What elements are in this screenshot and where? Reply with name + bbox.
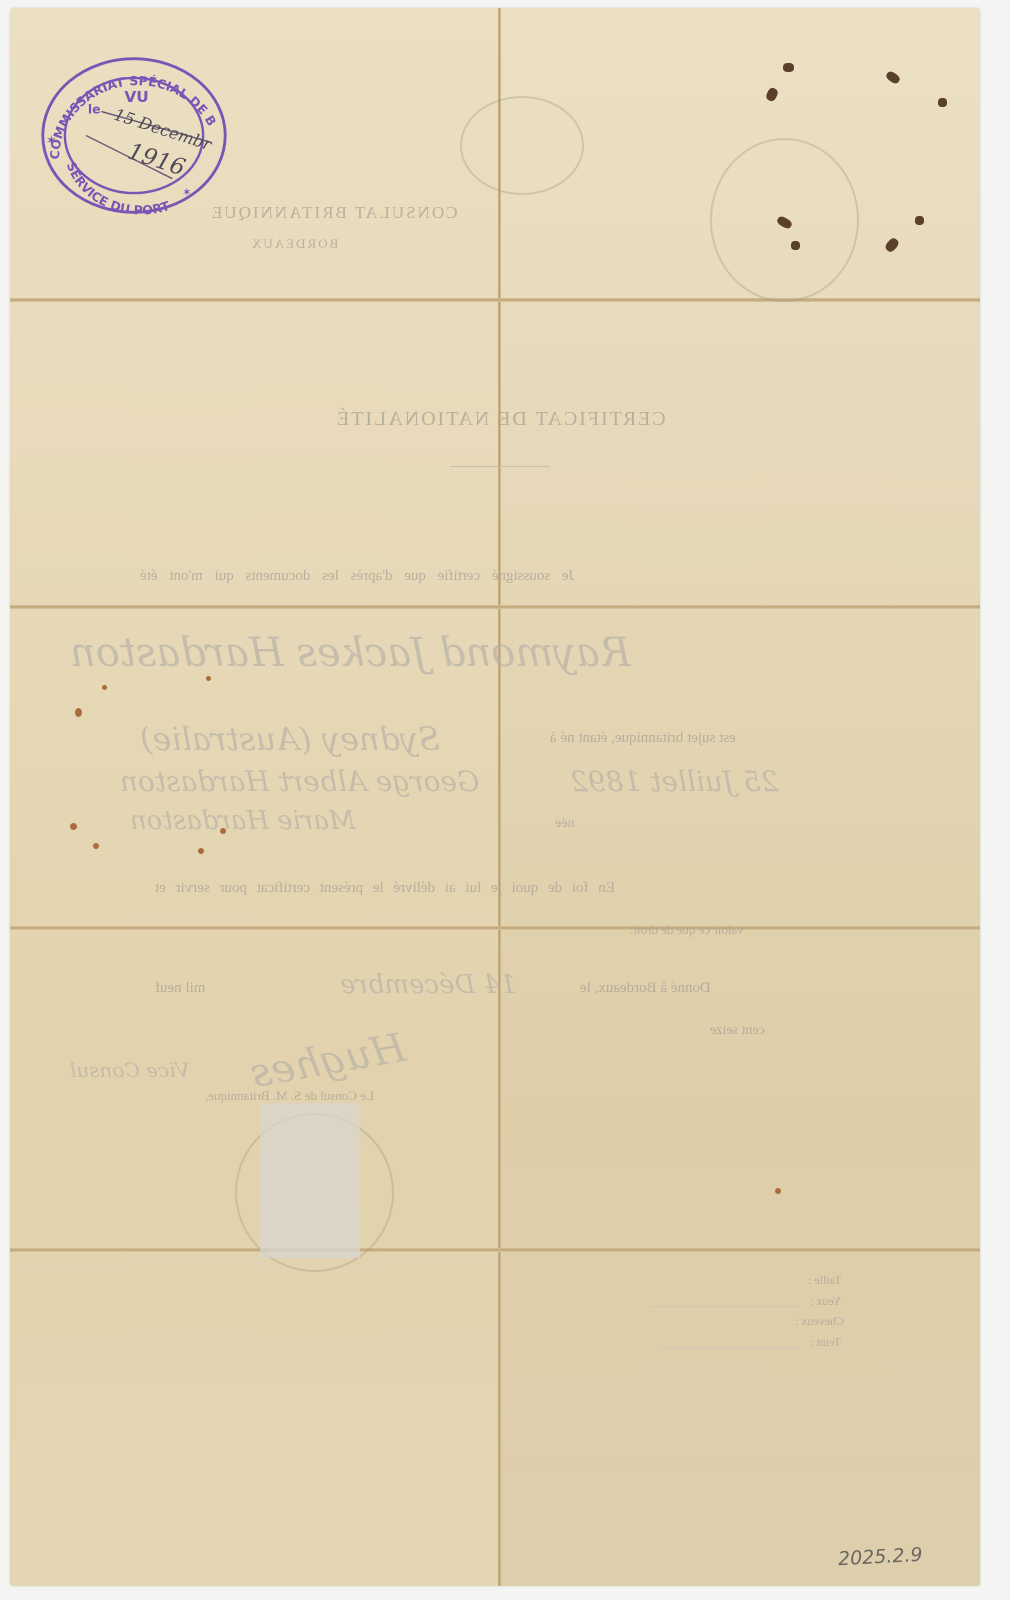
given-label: Donné à Bordeaux, le [580,980,711,997]
consul-label: Le Consul de S. M. Britannique, [205,1088,374,1104]
embossed-seal [460,96,584,195]
given-date: 14 Décembre [340,970,517,1000]
cent: cent seize [710,1023,765,1039]
catalog-number: 2025.2.9 [837,1544,923,1570]
cheveux-label: Cheveux : [795,1314,844,1329]
certificate-title: CERTIFICAT DE NATIONALITÉ [335,408,666,431]
consulate-header: CONSULAT BRITANNIQUE [210,203,458,223]
fold-line [10,926,980,930]
svg-text:VU: VU [124,88,148,106]
birth-date: 25 Juillet 1892 [570,765,779,798]
father-name: George Albert Hardaston [120,765,479,798]
certificate-paper: COMMISSARIAT SPÉCIAL DE BORDEAUX SERVICE… [10,8,980,1586]
body-line-2: est sujet britannique, étant né à [550,730,736,747]
rust-spot [70,823,77,830]
teint-label: Teint : [810,1335,841,1350]
mother-name: Marie Hardaston [130,806,355,836]
body-line-4: En foi de quoi je lui ai délivré le prés… [155,880,615,897]
birthplace: Sydney (Australie) [140,720,440,758]
pin-hole [783,63,794,72]
svg-text:✶: ✶ [46,133,57,148]
fold-line [10,605,980,609]
mil-neuf: mil neuf [155,980,205,997]
yeux-label: Yeux : [810,1294,841,1309]
nee-label: née [555,816,574,832]
pin-hole [915,216,924,225]
commissariat-stamp: COMMISSARIAT SPÉCIAL DE BORDEAUX SERVICE… [38,53,230,218]
photo-ghost [260,1103,360,1258]
rust-spot [93,843,99,849]
rust-spot [206,676,211,681]
rust-spot [198,848,204,854]
consulate-city: BORDEAUX [250,236,338,252]
rust-spot [775,1188,781,1194]
taille-label: Taille : [808,1273,841,1288]
vertical-fold [498,8,501,1586]
rust-spot [102,685,107,690]
consul-signature: Hughes [247,1025,409,1097]
holder-name: Raymond Jackes Hardaston [70,630,631,676]
body-line-5: valoir ce que de droit. [630,922,744,938]
body-line-1: Je soussigné certifie que d'après les do… [140,568,574,585]
title-rule [450,466,550,467]
pin-hole [791,241,800,250]
svg-text:1916: 1916 [124,139,188,182]
fold-line [10,298,980,302]
description-rule [650,1306,800,1307]
svg-text:✶: ✶ [182,187,192,199]
signature-title: Vice Consul [70,1058,190,1082]
fold-line [10,1248,980,1252]
description-rule [660,1347,800,1348]
rust-spot [75,708,82,717]
pin-hole [938,98,947,107]
svg-text:le: le [88,101,101,116]
